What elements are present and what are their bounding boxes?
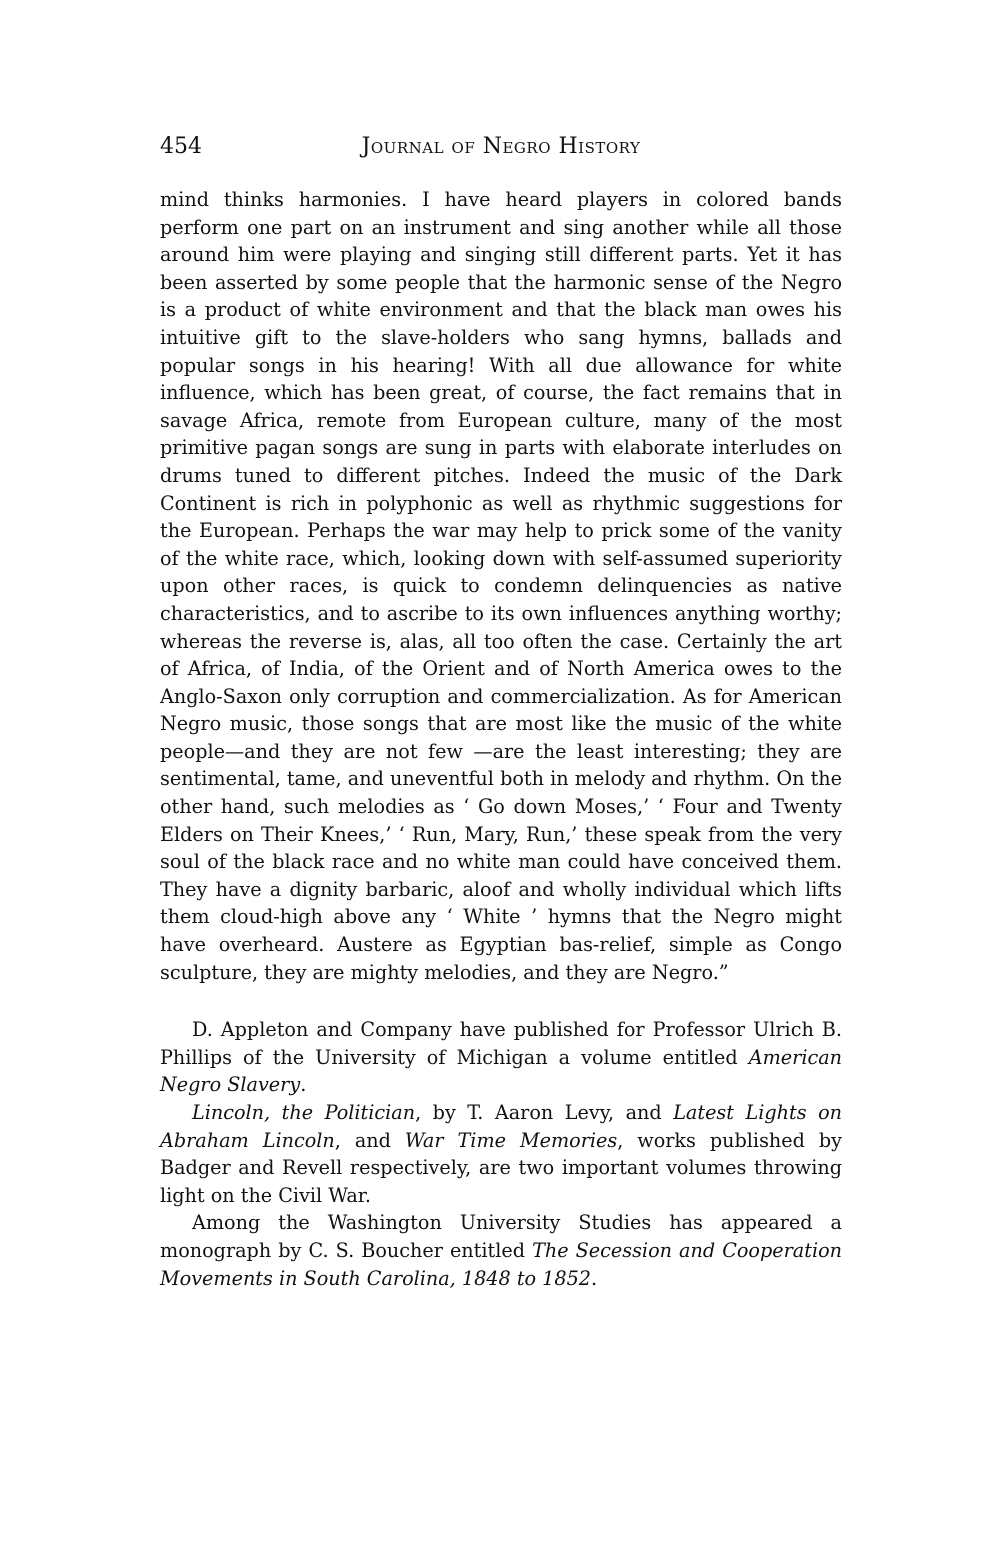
paragraph-text: , and: [335, 1129, 405, 1152]
journal-page: 454 Journal of Negro History mind thinks…: [160, 130, 842, 1292]
book-title: Lincoln, the Politician: [192, 1101, 415, 1124]
paragraph-text: .: [300, 1073, 306, 1096]
paragraph-washington-notice: Among the Washington University Studies …: [160, 1209, 842, 1292]
paragraph-text: , by T. Aaron Levy, and: [415, 1101, 673, 1124]
section-gap: [160, 986, 842, 1016]
paragraph-lincoln-notice: Lincoln, the Politician, by T. Aaron Lev…: [160, 1099, 842, 1209]
paragraph-appleton-notice: D. Appleton and Company have published f…: [160, 1016, 842, 1099]
paragraph-text: mind thinks harmonies. I have heard play…: [160, 188, 842, 984]
body-text: mind thinks harmonies. I have heard play…: [160, 186, 842, 1292]
paragraph-quote-continuation: mind thinks harmonies. I have heard play…: [160, 186, 842, 986]
book-title: War Time Memories: [405, 1129, 617, 1152]
paragraph-text: D. Appleton and Company have published f…: [160, 1018, 842, 1069]
paragraph-text: .: [591, 1267, 597, 1290]
page-header: 454 Journal of Negro History: [160, 130, 842, 164]
running-head: Journal of Negro History: [160, 134, 842, 159]
